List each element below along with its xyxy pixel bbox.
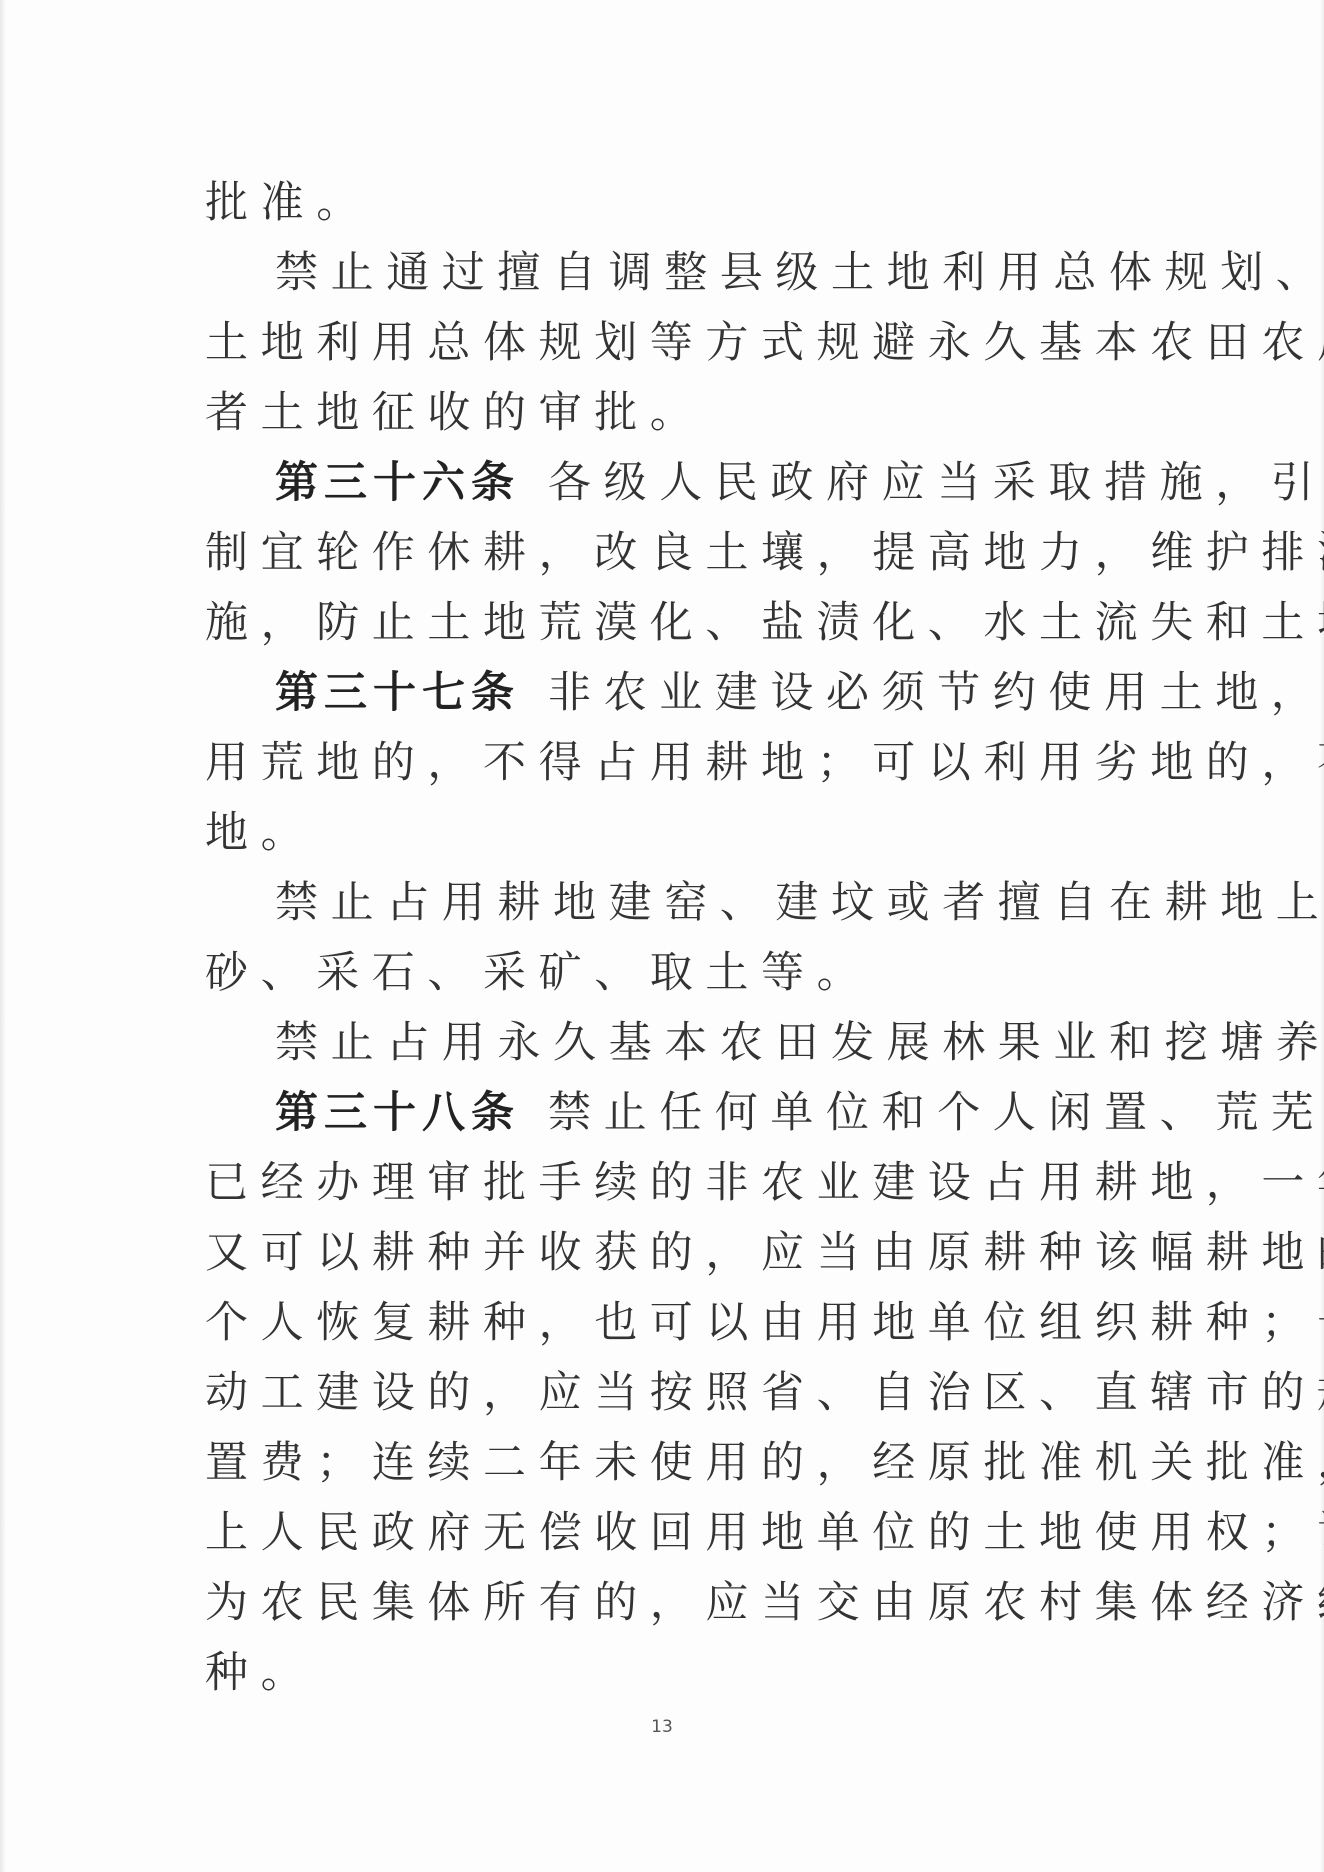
text-line: 禁止占用耕地建窑、建坟或者擅自在耕地上建房、挖 (205, 868, 1105, 938)
text-line: 为农民集体所有的，应当交由原农村集体经济组织恢复耕 (205, 1568, 1105, 1638)
text-line: 种。 (205, 1638, 1105, 1708)
text-line: 者土地征收的审批。 (205, 378, 1105, 448)
text-segment: 各级人民政府应当采取措施，引导因地 (548, 458, 1324, 508)
text-line: 又可以耕种并收获的，应当由原耕种该幅耕地的集体或者 (205, 1218, 1105, 1288)
text-line: 动工建设的，应当按照省、自治区、直辖市的规定缴纳闲 (205, 1358, 1105, 1428)
article-37-first-line: 第三十七条非农业建设必须节约使用土地，可以利 (205, 658, 1105, 728)
scan-edge-left (0, 0, 6, 1872)
text-line: 土地利用总体规划等方式规避永久基本农田农用地转用或 (205, 308, 1105, 378)
article-number: 第三十六条 (275, 458, 520, 508)
text-segment: 非农业建设必须节约使用土地，可以利 (548, 668, 1324, 718)
article-number: 第三十七条 (275, 668, 520, 718)
text-line: 砂、采石、采矿、取土等。 (205, 938, 1105, 1008)
page-number: 13 (0, 1717, 1324, 1737)
text-line: 已经办理审批手续的非农业建设占用耕地，一年内不用而 (205, 1148, 1105, 1218)
text-segment: 禁止任何单位和个人闲置、荒芜耕地。 (548, 1088, 1324, 1138)
article-number: 第三十八条 (275, 1088, 520, 1138)
document-body: 批准。 禁止通过擅自调整县级土地利用总体规划、乡（镇） 土地利用总体规划等方式规… (205, 168, 1105, 1708)
text-line: 制宜轮作休耕，改良土壤，提高地力，维护排灌工程设 (205, 518, 1105, 588)
text-line: 地。 (205, 798, 1105, 868)
text-line: 用荒地的，不得占用耕地；可以利用劣地的，不得占用好 (205, 728, 1105, 798)
article-38-first-line: 第三十八条禁止任何单位和个人闲置、荒芜耕地。 (205, 1078, 1105, 1148)
text-line: 批准。 (205, 168, 1105, 238)
document-page: 批准。 禁止通过擅自调整县级土地利用总体规划、乡（镇） 土地利用总体规划等方式规… (0, 0, 1324, 1872)
text-line: 个人恢复耕种，也可以由用地单位组织耕种；一年以上未 (205, 1288, 1105, 1358)
text-line: 禁止占用永久基本农田发展林果业和挖塘养鱼。 (205, 1008, 1105, 1078)
text-line: 上人民政府无偿收回用地单位的土地使用权；该幅土地原 (205, 1498, 1105, 1568)
text-line: 施，防止土地荒漠化、盐渍化、水土流失和土壤污染。 (205, 588, 1105, 658)
text-line: 禁止通过擅自调整县级土地利用总体规划、乡（镇） (205, 238, 1105, 308)
text-line: 置费；连续二年未使用的，经原批准机关批准，由县级以 (205, 1428, 1105, 1498)
article-36-first-line: 第三十六条各级人民政府应当采取措施，引导因地 (205, 448, 1105, 518)
